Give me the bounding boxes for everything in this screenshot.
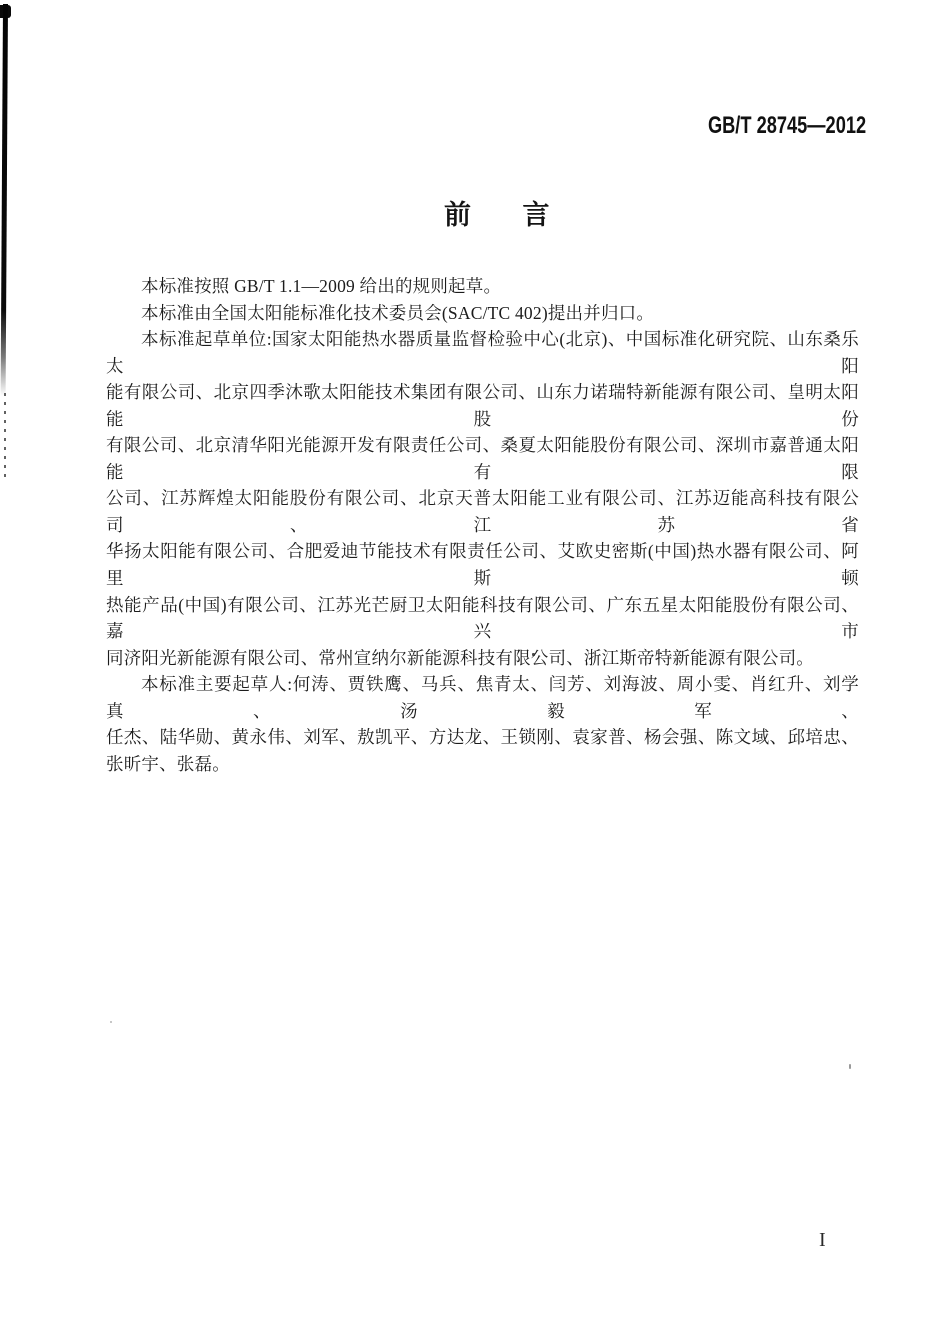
standard-code: GB/T 28745—2012: [708, 112, 866, 140]
foreword-line: 本标准由全国太阳能标准化技术委员会(SAC/TC 402)提出并归口。: [106, 300, 859, 327]
scan-edge-speckle-trail: [4, 393, 6, 481]
foreword-line: 热能产品(中国)有限公司、江苏光芒厨卫太阳能科技有限公司、广东五星太阳能股份有限…: [106, 592, 859, 645]
scan-edge-bar: [1, 4, 8, 396]
foreword-body: 本标准按照 GB/T 1.1—2009 给出的规则起草。 本标准由全国太阳能标准…: [106, 273, 859, 777]
foreword-line: 任杰、陆华勋、黄永伟、刘军、敖凯平、方达龙、王锁刚、袁家普、杨会强、陈文域、邱培…: [106, 724, 859, 777]
scan-speck: [110, 1021, 112, 1023]
foreword-line: 有限公司、北京清华阳光能源开发有限责任公司、桑夏太阳能股份有限公司、深圳市嘉普通…: [106, 432, 859, 485]
foreword-line: 本标准起草单位:国家太阳能热水器质量监督检验中心(北京)、中国标准化研究院、山东…: [106, 326, 859, 379]
foreword-line: 本标准主要起草人:何涛、贾铁鹰、马兵、焦青太、闫芳、刘海波、周小雯、肖红升、刘学…: [106, 671, 859, 724]
scanned-document-page: { "header": { "standard_code": "GB/T 287…: [0, 0, 950, 1337]
page-title: 前 言: [444, 193, 550, 232]
foreword-line: 华扬太阳能有限公司、合肥爱迪节能技术有限责任公司、艾欧史密斯(中国)热水器有限公…: [106, 538, 859, 591]
foreword-line: 本标准按照 GB/T 1.1—2009 给出的规则起草。: [106, 273, 859, 300]
scan-speck: [849, 1064, 851, 1069]
page-number: I: [819, 1229, 826, 1252]
foreword-line: 同济阳光新能源有限公司、常州宣纳尔新能源科技有限公司、浙江斯帝特新能源有限公司。: [106, 645, 859, 672]
foreword-line: 能有限公司、北京四季沐歌太阳能技术集团有限公司、山东力诺瑞特新能源有限公司、皇明…: [106, 379, 859, 432]
foreword-line: 公司、江苏辉煌太阳能股份有限公司、北京天普太阳能工业有限公司、江苏迈能高科技有限…: [106, 485, 859, 538]
